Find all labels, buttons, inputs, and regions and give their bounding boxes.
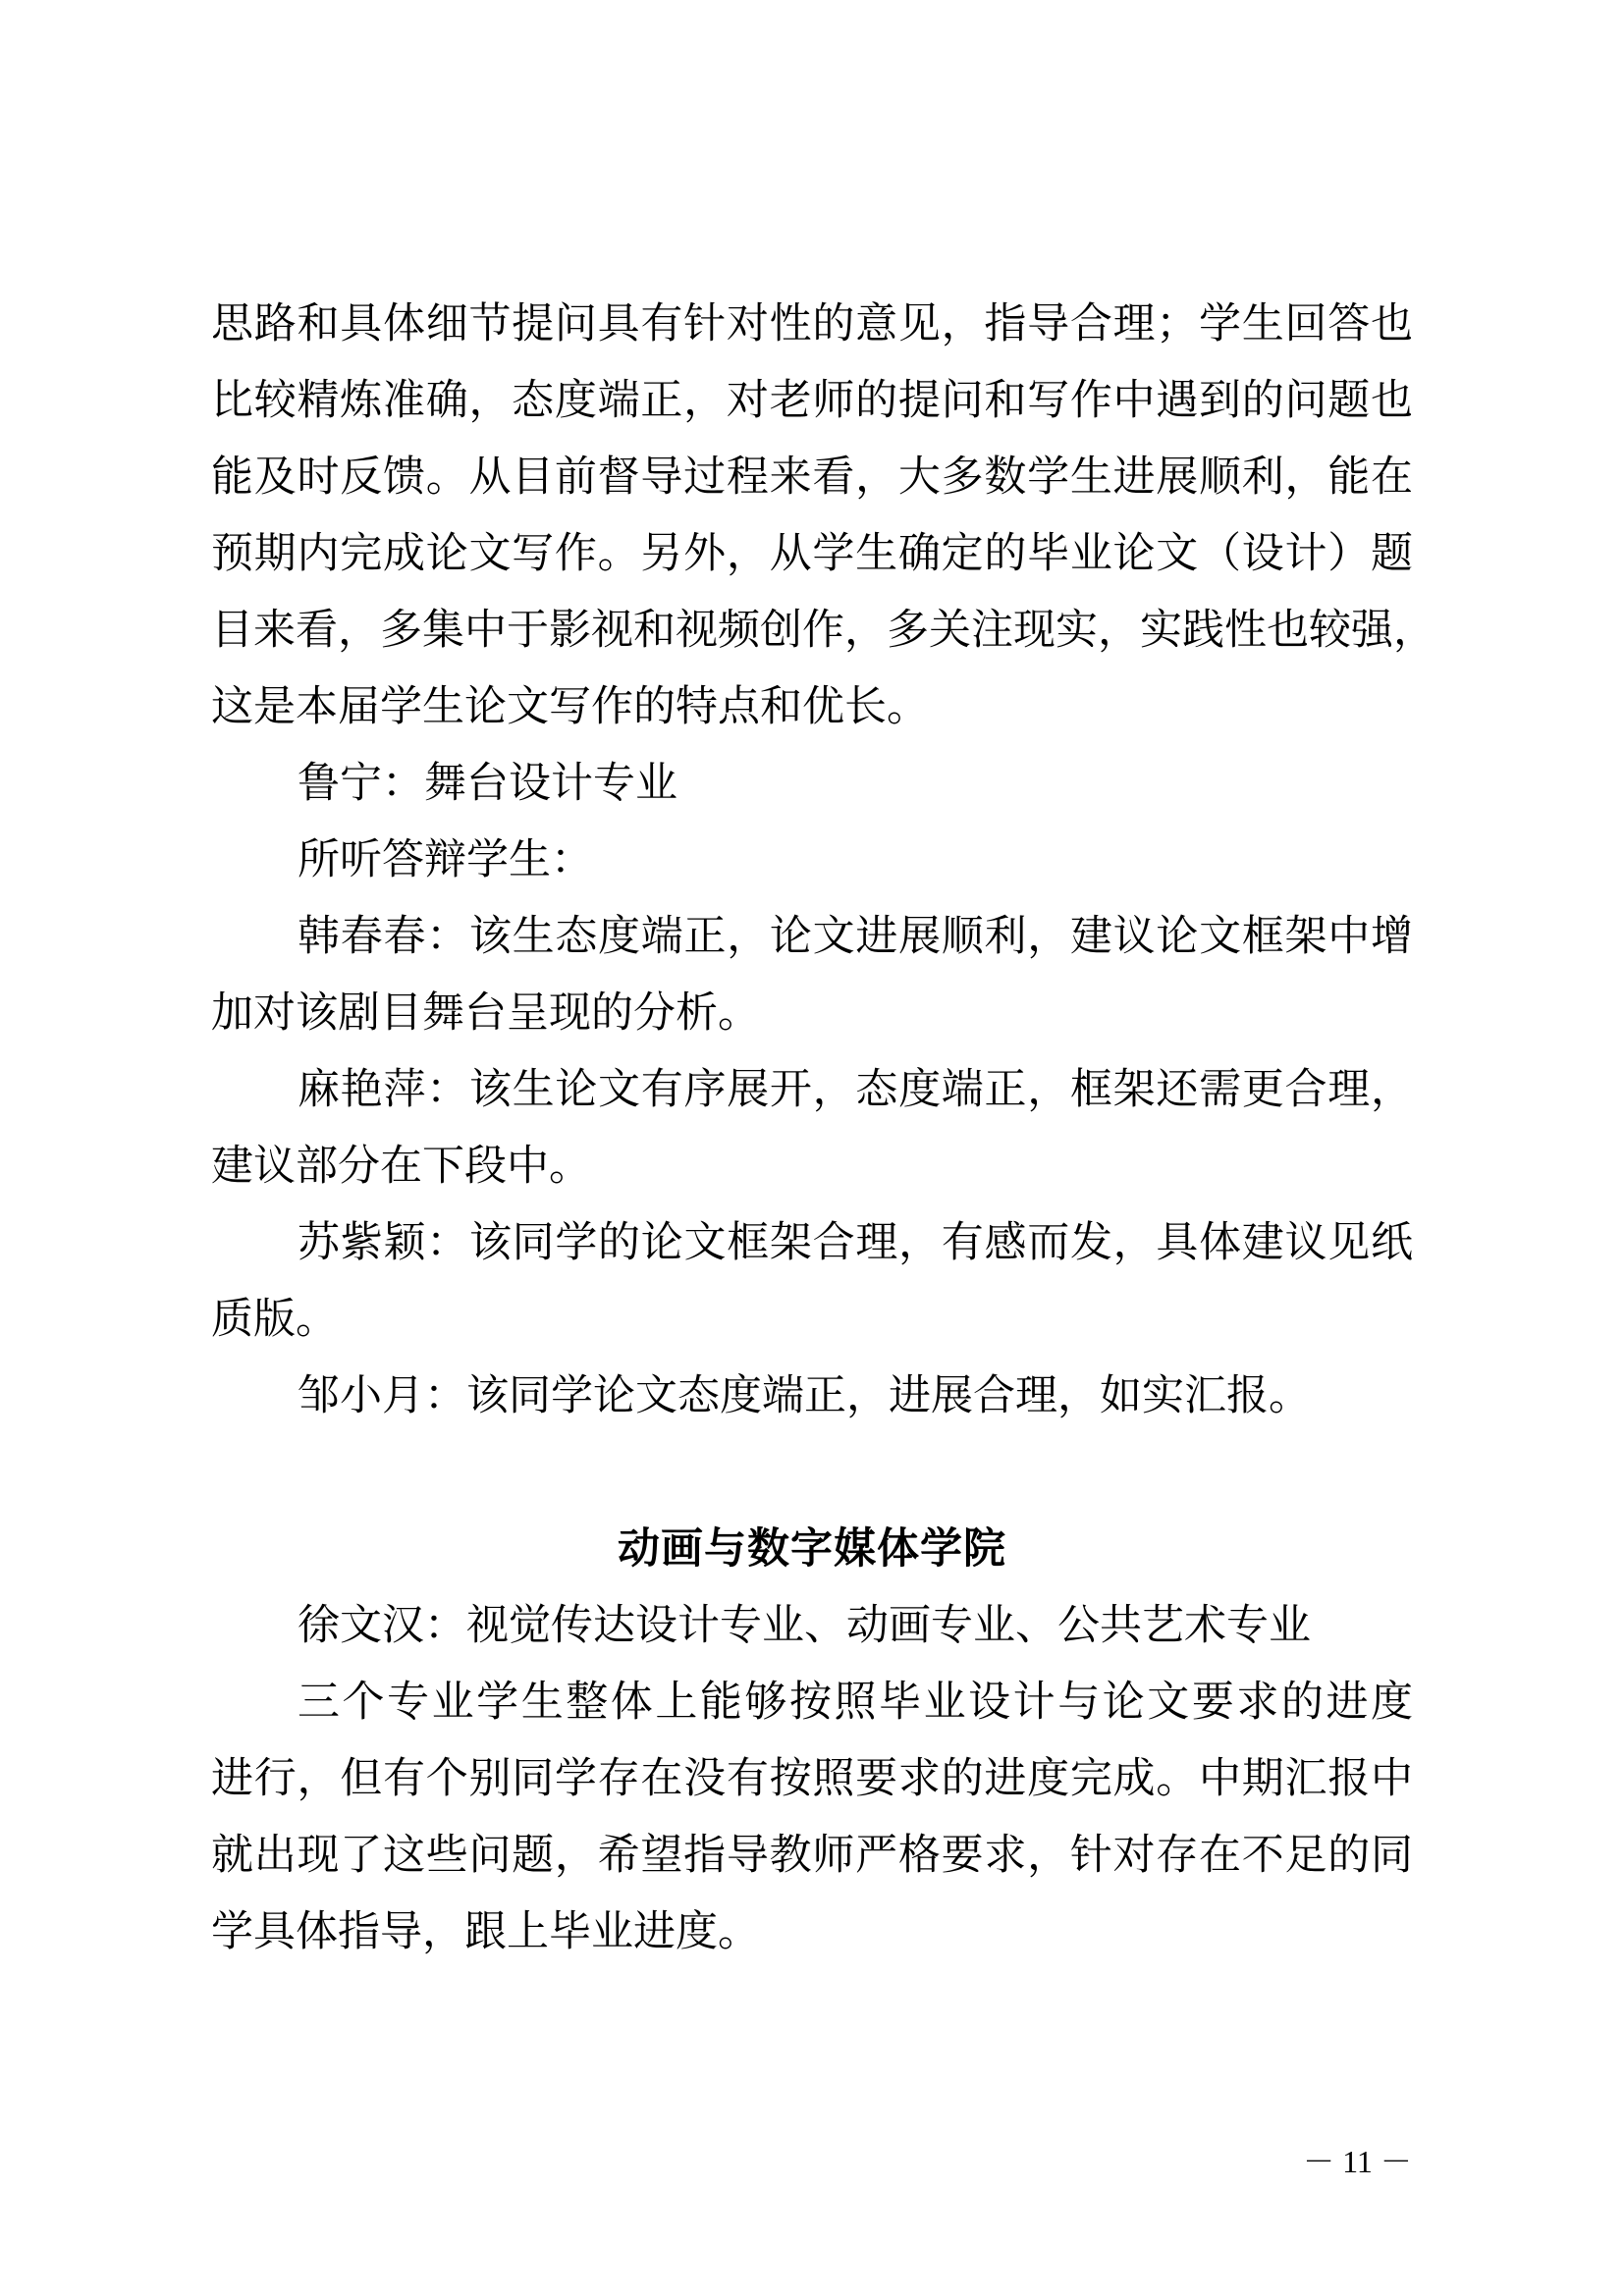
document-body: 思路和具体细节提问具有针对性的意见，指导合理；学生回答也 比较精炼准确，态度端正… (211, 286, 1413, 1970)
page-number: － 11 － (1296, 2140, 1419, 2183)
text-line: 建议部分在下段中。 (211, 1128, 1413, 1204)
text-line: 三个专业学生整体上能够按照毕业设计与论文要求的进度 (211, 1664, 1413, 1740)
text-line: 预期内完成论文写作。另外，从学生确定的毕业论文（设计）题 (211, 515, 1413, 592)
blank-line (211, 1434, 1413, 1511)
text-line: 学具体指导，跟上毕业进度。 (211, 1894, 1413, 1970)
text-line: 就出现了这些问题，希望指导教师严格要求，针对存在不足的同 (211, 1817, 1413, 1894)
text-line: 加对该剧目舞台呈现的分析。 (211, 975, 1413, 1051)
text-line: 能及时反馈。从目前督导过程来看，大多数学生进展顺利，能在 (211, 439, 1413, 515)
document-page: 思路和具体细节提问具有针对性的意见，指导合理；学生回答也 比较精炼准确，态度端正… (0, 0, 1624, 2296)
text-line: 思路和具体细节提问具有针对性的意见，指导合理；学生回答也 (211, 286, 1413, 362)
student-comment: 韩春春：该生态度端正，论文进展顺利，建议论文框架中增 加对该剧目舞台呈现的分析。 (211, 898, 1413, 1051)
student-comment: 苏紫颖：该同学的论文框架合理，有感而发，具体建议见纸 质版。 (211, 1204, 1413, 1358)
supervisor-line: 鲁宁：舞台设计专业 (211, 745, 1413, 822)
text-line: 邹小月：该同学论文态度端正，进展合理，如实汇报。 (211, 1358, 1413, 1434)
students-label: 所听答辩学生： (211, 822, 1413, 898)
section-heading: 动画与数字媒体学院 (211, 1511, 1413, 1587)
text-line: 进行，但有个别同学存在没有按照要求的进度完成。中期汇报中 (211, 1740, 1413, 1817)
paragraph-continued: 思路和具体细节提问具有针对性的意见，指导合理；学生回答也 比较精炼准确，态度端正… (211, 286, 1413, 745)
text-line: 韩春春：该生态度端正，论文进展顺利，建议论文框架中增 (211, 898, 1413, 975)
supervisor-line: 徐文汉：视觉传达设计专业、动画专业、公共艺术专业 (211, 1587, 1413, 1664)
text-line: 苏紫颖：该同学的论文框架合理，有感而发，具体建议见纸 (211, 1204, 1413, 1281)
text-line: 麻艳萍：该生论文有序展开，态度端正，框架还需更合理， (211, 1051, 1413, 1128)
text-line: 比较精炼准确，态度端正，对老师的提问和写作中遇到的问题也 (211, 362, 1413, 439)
paragraph: 三个专业学生整体上能够按照毕业设计与论文要求的进度 进行，但有个别同学存在没有按… (211, 1664, 1413, 1970)
text-line: 质版。 (211, 1281, 1413, 1358)
student-comment: 邹小月：该同学论文态度端正，进展合理，如实汇报。 (211, 1358, 1413, 1434)
text-line: 目来看，多集中于影视和视频创作，多关注现实，实践性也较强， (211, 592, 1413, 668)
student-comment: 麻艳萍：该生论文有序展开，态度端正，框架还需更合理， 建议部分在下段中。 (211, 1051, 1413, 1204)
text-line: 这是本届学生论文写作的特点和优长。 (211, 668, 1413, 745)
